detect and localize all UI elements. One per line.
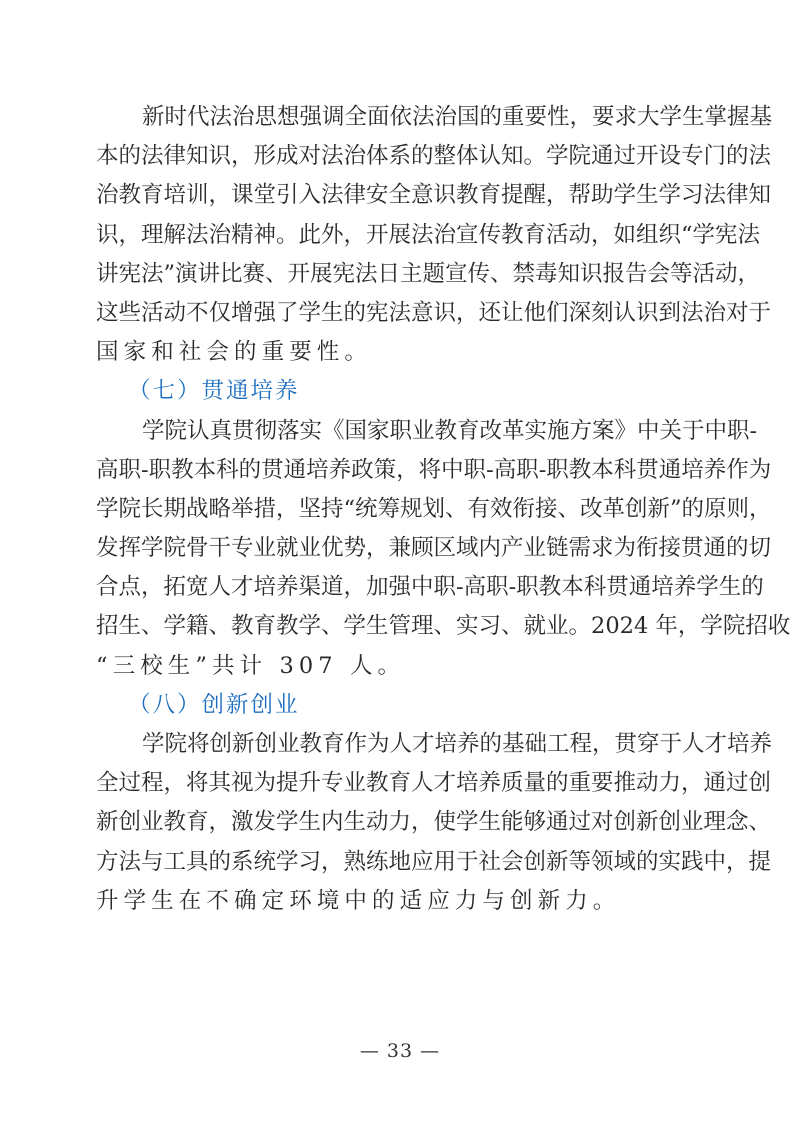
text-line: 高职-职教本科的贯通培养政策，将中职-高职-职教本科贯通培养作为 bbox=[96, 451, 706, 490]
text-line: 新创业教育，激发学生内生动力，使学生能够通过对创新创业理念、 bbox=[96, 803, 706, 842]
page-number: — 33 — bbox=[0, 1040, 800, 1062]
document-page: 新时代法治思想强调全面依法治国的重要性，要求大学生掌握基 本的法律知识，形成对法… bbox=[96, 98, 706, 921]
text-line: 升学生在不确定环境中的适应力与创新力。 bbox=[96, 882, 706, 921]
section-heading-innovation-entrepreneurship: （八）创新创业 bbox=[96, 686, 706, 725]
text-line: 国家和社会的重要性。 bbox=[96, 333, 706, 372]
text-line: 合点，拓宽人才培养渠道，加强中职-高职-职教本科贯通培养学生的 bbox=[96, 568, 706, 607]
text-line: 治教育培训，课堂引入法律安全意识教育提醒，帮助学生学习法律知 bbox=[96, 176, 706, 215]
text-line: 全过程，将其视为提升专业教育人才培养质量的重要推动力，通过创 bbox=[96, 764, 706, 803]
text-line: 本的法律知识，形成对法治体系的整体认知。学院通过开设专门的法 bbox=[96, 137, 706, 176]
text-line: 发挥学院骨干专业就业优势，兼顾区域内产业链需求为衔接贯通的切 bbox=[96, 529, 706, 568]
text-line: 识，理解法治精神。此外，开展法治宣传教育活动，如组织“学宪法 bbox=[96, 216, 706, 255]
paragraph-integrated-training: 学院认真贯彻落实《国家职业教育改革实施方案》中关于中职- 高职-职教本科的贯通培… bbox=[96, 412, 706, 686]
text-line: 学院长期战略举措，坚持“统筹规划、有效衔接、改革创新”的原则， bbox=[96, 490, 706, 529]
paragraph-innovation-entrepreneurship: 学院将创新创业教育作为人才培养的基础工程，贯穿于人才培养 全过程，将其视为提升专… bbox=[96, 725, 706, 921]
text-line: 学院认真贯彻落实《国家职业教育改革实施方案》中关于中职- bbox=[96, 412, 706, 451]
text-line: “三校生”共计 307 人。 bbox=[96, 647, 706, 686]
section-heading-integrated-training: （七）贯通培养 bbox=[96, 372, 706, 411]
paragraph-rule-of-law: 新时代法治思想强调全面依法治国的重要性，要求大学生掌握基 本的法律知识，形成对法… bbox=[96, 98, 706, 372]
text-line: 讲宪法”演讲比赛、开展宪法日主题宣传、禁毒知识报告会等活动， bbox=[96, 255, 706, 294]
text-line: 这些活动不仅增强了学生的宪法意识，还让他们深刻认识到法治对于 bbox=[96, 294, 706, 333]
text-line: 学院将创新创业教育作为人才培养的基础工程，贯穿于人才培养 bbox=[96, 725, 706, 764]
text-line: 方法与工具的系统学习，熟练地应用于社会创新等领域的实践中，提 bbox=[96, 843, 706, 882]
text-line: 新时代法治思想强调全面依法治国的重要性，要求大学生掌握基 bbox=[96, 98, 706, 137]
text-line: 招生、学籍、教育教学、学生管理、实习、就业。2024 年，学院招收 bbox=[96, 607, 706, 646]
